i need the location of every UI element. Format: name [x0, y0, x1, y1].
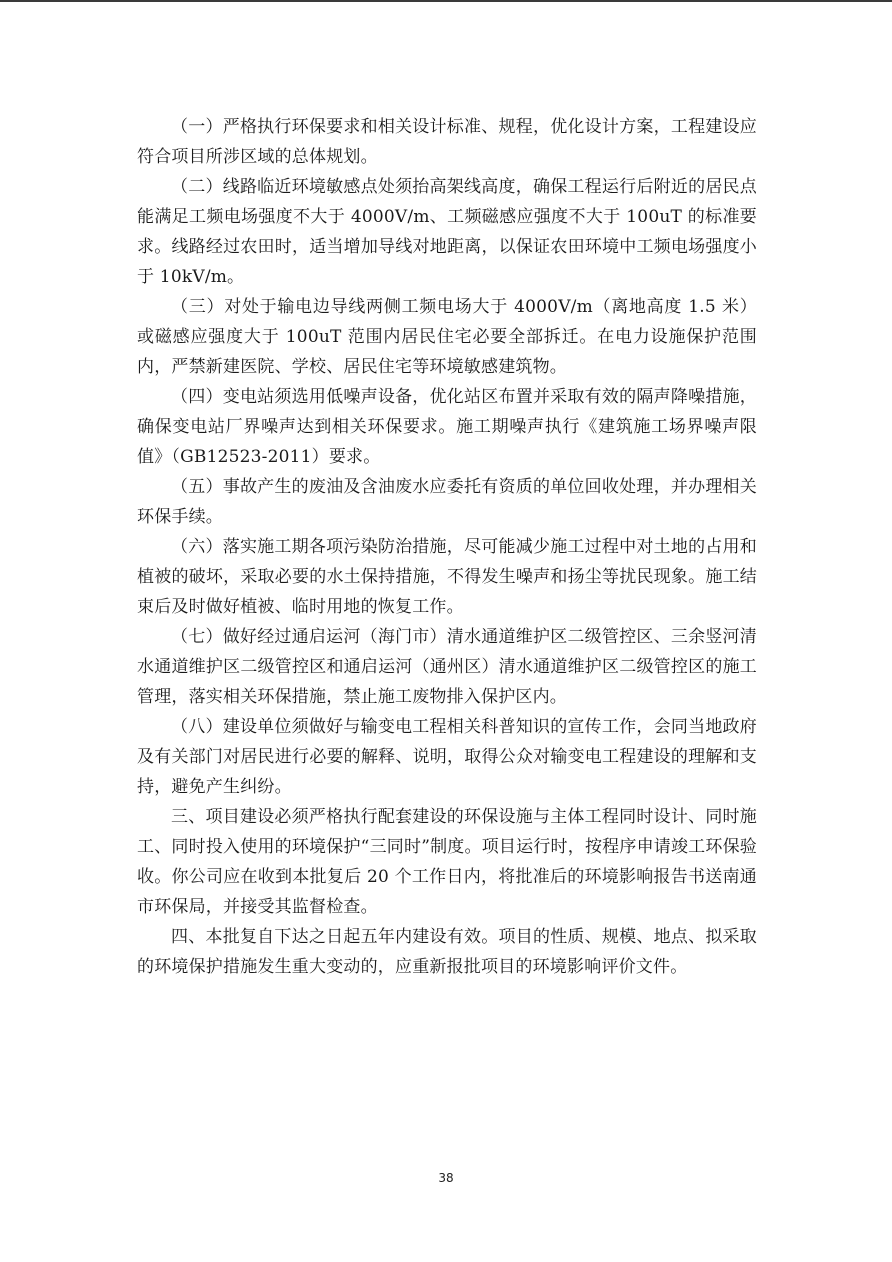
paragraph-section-3: 三、项目建设必须严格执行配套建设的环保设施与主体工程同时设计、同时施工、同时投入… [137, 802, 757, 922]
paragraph-item-3: （三）对处于输电边导线两侧工频电场大于 4000V/m（离地高度 1.5 米）或… [137, 292, 757, 382]
top-border-rule [0, 0, 892, 2]
page-number: 38 [0, 1171, 892, 1185]
paragraph-section-4: 四、本批复自下达之日起五年内建设有效。项目的性质、规模、地点、拟采取的环境保护措… [137, 922, 757, 982]
document-body: （一）严格执行环保要求和相关设计标准、规程，优化设计方案，工程建设应符合项目所涉… [137, 112, 757, 982]
paragraph-item-7: （七）做好经过通启运河（海门市）清水通道维护区二级管控区、三余竖河清水通道维护区… [137, 622, 757, 712]
paragraph-item-8: （八）建设单位须做好与输变电工程相关科普知识的宣传工作，会同当地政府及有关部门对… [137, 712, 757, 802]
paragraph-item-1: （一）严格执行环保要求和相关设计标准、规程，优化设计方案，工程建设应符合项目所涉… [137, 112, 757, 172]
paragraph-item-6: （六）落实施工期各项污染防治措施，尽可能减少施工过程中对土地的占用和植被的破坏，… [137, 532, 757, 622]
paragraph-item-2: （二）线路临近环境敏感点处须抬高架线高度，确保工程运行后附近的居民点能满足工频电… [137, 172, 757, 292]
paragraph-item-5: （五）事故产生的废油及含油废水应委托有资质的单位回收处理，并办理相关环保手续。 [137, 472, 757, 532]
paragraph-item-4: （四）变电站须选用低噪声设备，优化站区布置并采取有效的隔声降噪措施，确保变电站厂… [137, 382, 757, 472]
